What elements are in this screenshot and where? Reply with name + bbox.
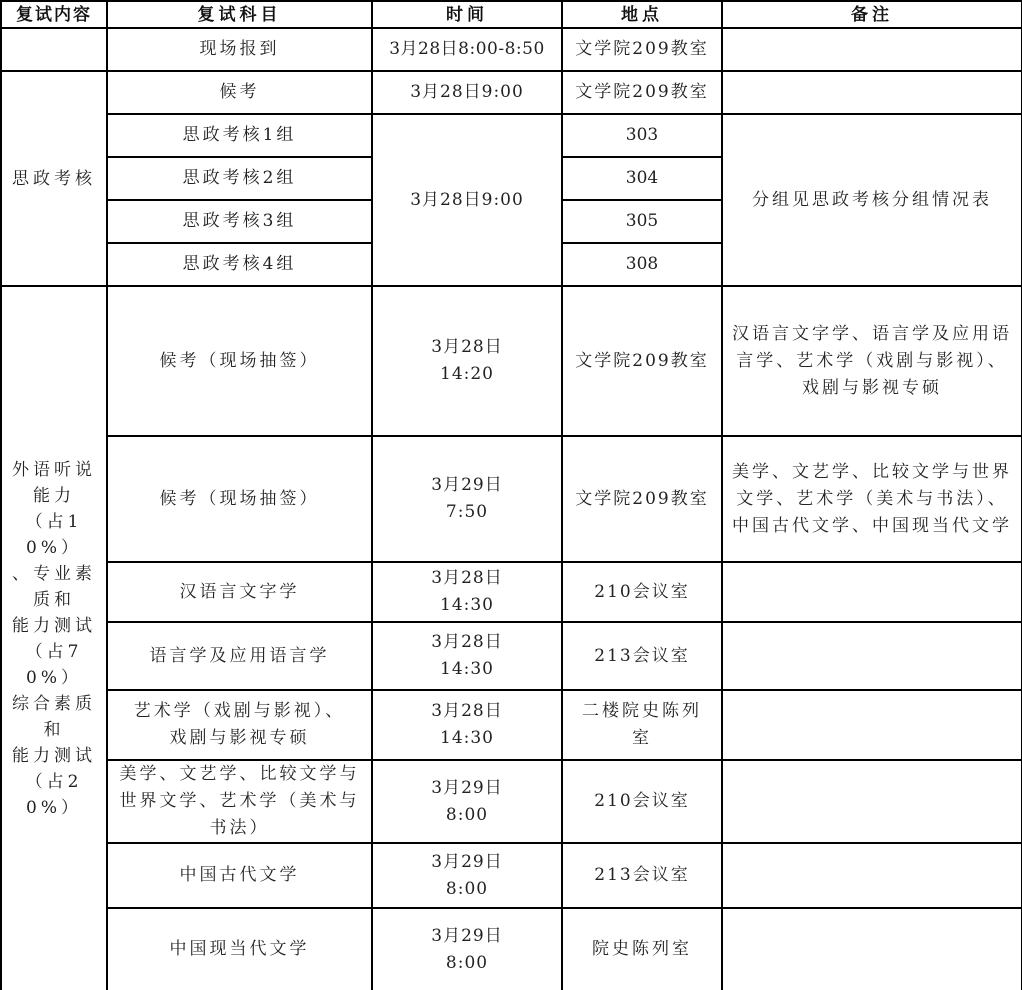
note-cell <box>722 843 1022 908</box>
note-cell <box>722 622 1022 690</box>
category-cell: 外语听说 能力 （占10%） 、专业素 质和 能力测试 （占70%） 综合素质 … <box>1 286 107 990</box>
location-cell: 305 <box>562 200 722 243</box>
location-cell: 303 <box>562 114 722 157</box>
time-cell: 3月29日 8:00 <box>372 908 562 990</box>
subject-cell: 中国古代文学 <box>107 843 372 908</box>
subject-cell: 现场报到 <box>107 28 372 71</box>
note-cell: 分组见思政考核分组情况表 <box>722 114 1022 286</box>
table-row: 美学、文艺学、比较文学与世界文学、艺术学（美术与书法） 3月29日 8:00 2… <box>1 760 1022 843</box>
subject-cell: 美学、文艺学、比较文学与世界文学、艺术学（美术与书法） <box>107 760 372 843</box>
location-cell: 文学院209教室 <box>562 286 722 436</box>
category-cell <box>1 28 107 71</box>
location-cell: 213会议室 <box>562 843 722 908</box>
subject-cell: 艺术学（戏剧与影视）、 戏剧与影视专硕 <box>107 690 372 760</box>
location-cell: 213会议室 <box>562 622 722 690</box>
note-cell <box>722 28 1022 71</box>
time-cell: 3月28日9:00 <box>372 71 562 114</box>
location-cell: 304 <box>562 157 722 200</box>
note-cell <box>722 690 1022 760</box>
table-row: 中国现当代文学 3月29日 8:00 院史陈列室 <box>1 908 1022 990</box>
location-cell: 文学院209教室 <box>562 436 722 562</box>
location-cell: 文学院209教室 <box>562 71 722 114</box>
time-cell: 3月28日 14:30 <box>372 562 562 622</box>
category-cell: 思政考核 <box>1 71 107 286</box>
subject-cell: 语言学及应用语言学 <box>107 622 372 690</box>
time-cell: 3月28日9:00 <box>372 114 562 286</box>
time-cell: 3月29日 8:00 <box>372 760 562 843</box>
header-location: 地点 <box>562 1 722 28</box>
schedule-table: 复试内容 复试科目 时间 地点 备注 现场报到 3月28日8:00-8:50 文… <box>0 0 1022 990</box>
table-row: 艺术学（戏剧与影视）、 戏剧与影视专硕 3月28日 14:30 二楼院史陈列 室 <box>1 690 1022 760</box>
time-cell: 3月28日 14:20 <box>372 286 562 436</box>
note-cell <box>722 760 1022 843</box>
table-row: 外语听说 能力 （占10%） 、专业素 质和 能力测试 （占70%） 综合素质 … <box>1 286 1022 436</box>
subject-cell: 候考 <box>107 71 372 114</box>
subject-cell: 候考（现场抽签） <box>107 286 372 436</box>
note-cell: 汉语言文字学、语言学及应用语言学、艺术学（戏剧与影视）、戏剧与影视专硕 <box>722 286 1022 436</box>
note-cell: 美学、文艺学、比较文学与世界文学、艺术学（美术与书法）、中国古代文学、中国现当代… <box>722 436 1022 562</box>
subject-cell: 候考（现场抽签） <box>107 436 372 562</box>
time-cell: 3月28日8:00-8:50 <box>372 28 562 71</box>
location-cell: 210会议室 <box>562 562 722 622</box>
location-cell: 院史陈列室 <box>562 908 722 990</box>
time-cell: 3月29日 7:50 <box>372 436 562 562</box>
header-row: 复试内容 复试科目 时间 地点 备注 <box>1 1 1022 28</box>
time-cell: 3月28日 14:30 <box>372 690 562 760</box>
table-row: 中国古代文学 3月29日 8:00 213会议室 <box>1 843 1022 908</box>
subject-cell: 汉语言文字学 <box>107 562 372 622</box>
table-row: 思政考核 候考 3月28日9:00 文学院209教室 <box>1 71 1022 114</box>
table-row: 汉语言文字学 3月28日 14:30 210会议室 <box>1 562 1022 622</box>
subject-cell: 思政考核1组 <box>107 114 372 157</box>
subject-cell: 思政考核4组 <box>107 243 372 286</box>
header-category: 复试内容 <box>1 1 107 28</box>
note-cell <box>722 71 1022 114</box>
table-row: 思政考核1组 3月28日9:00 303 分组见思政考核分组情况表 <box>1 114 1022 157</box>
location-cell: 二楼院史陈列 室 <box>562 690 722 760</box>
header-subject: 复试科目 <box>107 1 372 28</box>
subject-cell: 中国现当代文学 <box>107 908 372 990</box>
location-cell: 文学院209教室 <box>562 28 722 71</box>
table-row: 现场报到 3月28日8:00-8:50 文学院209教室 <box>1 28 1022 71</box>
time-cell: 3月29日 8:00 <box>372 843 562 908</box>
table-row: 候考（现场抽签） 3月29日 7:50 文学院209教室 美学、文艺学、比较文学… <box>1 436 1022 562</box>
note-cell <box>722 908 1022 990</box>
subject-cell: 思政考核2组 <box>107 157 372 200</box>
location-cell: 308 <box>562 243 722 286</box>
subject-cell: 思政考核3组 <box>107 200 372 243</box>
location-cell: 210会议室 <box>562 760 722 843</box>
note-cell <box>722 562 1022 622</box>
header-note: 备注 <box>722 1 1022 28</box>
table-row: 语言学及应用语言学 3月28日 14:30 213会议室 <box>1 622 1022 690</box>
header-time: 时间 <box>372 1 562 28</box>
time-cell: 3月28日 14:30 <box>372 622 562 690</box>
